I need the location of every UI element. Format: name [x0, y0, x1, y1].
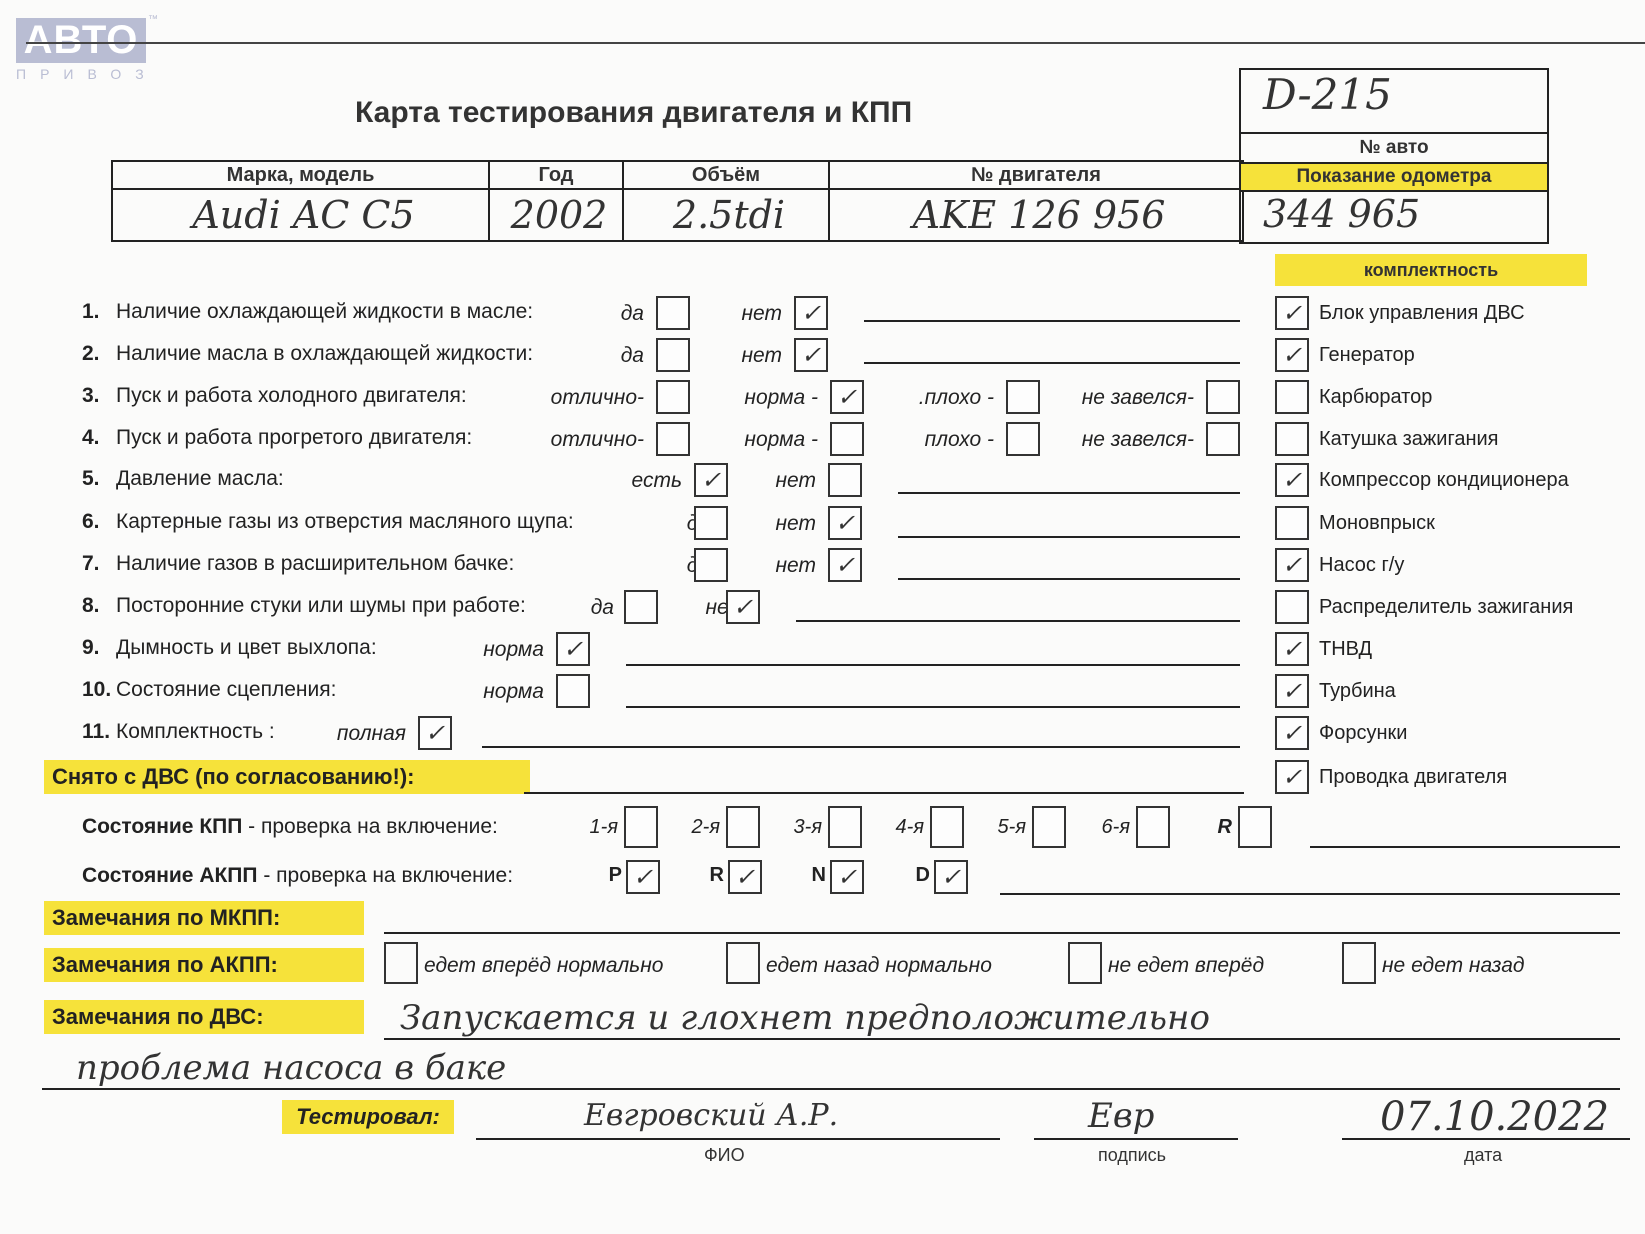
check-row: 1.Наличие охлаждающей жидкости в масле:д… [0, 296, 1260, 332]
mkpp-notes-label: Замечания по МКПП: [44, 901, 364, 935]
completeness-item-label: Насос г/у [1319, 554, 1404, 577]
check-option-checkbox[interactable] [1206, 422, 1240, 456]
completeness-item-label: Карбюратор [1319, 386, 1432, 409]
akpp-notes-checkbox[interactable] [1342, 942, 1376, 984]
completeness-checkbox[interactable] [1275, 506, 1309, 540]
akpp-mode-checkbox[interactable]: ✓ [934, 860, 968, 894]
test-date[interactable]: 07.10.2022 [1380, 1094, 1609, 1140]
avtoprivoz-logo: АВТО [16, 18, 146, 63]
header-year: Год [489, 161, 623, 189]
kpp-gear-label: 2-я [692, 816, 720, 839]
tester-signature[interactable]: Евр [1088, 1096, 1154, 1136]
akpp-mode-checkbox[interactable]: ✓ [830, 860, 864, 894]
check-option-checkbox[interactable]: ✓ [828, 548, 862, 582]
akpp-mode-label: R [710, 864, 724, 887]
check-option-checkbox[interactable] [656, 338, 690, 372]
kpp-gear-checkbox[interactable] [828, 806, 862, 848]
check-notes-line[interactable] [626, 706, 1240, 708]
kpp-gear-label: 3-я [794, 816, 822, 839]
tester-name[interactable]: Евгровский А.Р. [584, 1098, 838, 1133]
check-option-checkbox[interactable]: ✓ [556, 632, 590, 666]
check-number: 3. [82, 384, 100, 408]
completeness-checkbox[interactable]: ✓ [1275, 463, 1309, 497]
odometer-value[interactable]: 344 965 [1241, 192, 1547, 242]
kpp-gear-checkbox[interactable] [726, 806, 760, 848]
auto-number-value[interactable]: D-215 [1241, 70, 1547, 134]
completeness-item-label: Форсунки [1319, 722, 1407, 745]
check-option-label: норма - [744, 428, 818, 452]
check-row: 2.Наличие масла в охлаждающей жидкости:д… [0, 338, 1260, 374]
trademark-mark: ™ [148, 14, 158, 25]
check-notes-line[interactable] [796, 620, 1240, 622]
akpp-title: Состояние АКПП - проверка на включение: [82, 864, 513, 888]
completeness-checkbox[interactable]: ✓ [1275, 338, 1309, 372]
auto-number-label: № авто [1241, 134, 1547, 164]
check-text: Посторонние стуки или шумы при работе: [116, 594, 526, 618]
akpp-notes-checkbox[interactable] [726, 942, 760, 984]
completeness-checkbox[interactable] [1275, 422, 1309, 456]
check-option-label: нет [742, 344, 783, 368]
check-number: 7. [82, 552, 100, 576]
check-text: Давление масла: [116, 467, 284, 491]
completeness-item-label: Блок управления ДВС [1319, 302, 1525, 325]
check-option-checkbox[interactable]: ✓ [726, 590, 760, 624]
check-option-checkbox[interactable]: ✓ [828, 506, 862, 540]
check-option-label: есть [632, 469, 682, 493]
check-option-label: норма [483, 638, 544, 662]
check-notes-line[interactable] [898, 578, 1240, 580]
engine-number-value[interactable]: AKE 126 956 [829, 189, 1243, 241]
kpp-gear-label: 6-я [1102, 816, 1130, 839]
akpp-mode-label: N [812, 864, 826, 887]
check-option-checkbox[interactable]: ✓ [794, 338, 828, 372]
dvs-notes-label: Замечания по ДВС: [44, 1000, 364, 1034]
completeness-checkbox[interactable]: ✓ [1275, 296, 1309, 330]
check-option-label: нет [776, 469, 817, 493]
dvs-notes-line1[interactable]: Запускается и глохнет предположительно [400, 998, 1210, 1038]
check-notes-line[interactable] [626, 664, 1240, 666]
completeness-item-label: Турбина [1319, 680, 1396, 703]
check-notes-line[interactable] [898, 536, 1240, 538]
akpp-notes-line[interactable] [1000, 893, 1620, 895]
header-engine-number: № двигателя [829, 161, 1243, 189]
logo-subtitle: ПРИВОЗ [16, 66, 158, 82]
completeness-checkbox[interactable]: ✓ [1275, 548, 1309, 582]
completeness-item-label: ТНВД [1319, 638, 1372, 661]
kpp-gear-label: 1-я [590, 816, 618, 839]
dvs-notes-line2[interactable]: проблема насоса в баке [76, 1048, 506, 1088]
dvs-notes-underline-2 [42, 1088, 1620, 1090]
akpp-notes-label: Замечания по АКПП: [44, 948, 364, 982]
check-option-checkbox[interactable] [694, 548, 728, 582]
kpp-gear-label: R [1218, 816, 1232, 839]
check-number: 5. [82, 467, 100, 491]
kpp-gear-checkbox[interactable] [1136, 806, 1170, 848]
check-option-label: норма - [744, 386, 818, 410]
check-option-checkbox[interactable] [1206, 380, 1240, 414]
akpp-notes-checkbox[interactable] [1068, 942, 1102, 984]
check-option-checkbox[interactable]: ✓ [794, 296, 828, 330]
dvs-notes-underline-1 [384, 1038, 1620, 1040]
kpp-title: Состояние КПП - проверка на включение: [82, 815, 498, 839]
completeness-header: комплектность [1275, 254, 1587, 286]
check-option-checkbox[interactable] [828, 463, 862, 497]
tester-name-line [476, 1138, 1000, 1140]
tester-name-caption: ФИО [704, 1145, 745, 1166]
year-value[interactable]: 2002 [489, 189, 623, 241]
check-option-label: да [621, 302, 644, 326]
completeness-checkbox[interactable]: ✓ [1275, 632, 1309, 666]
check-row: 3.Пуск и работа холодного двигателя:отли… [0, 380, 1260, 416]
kpp-gear-checkbox[interactable] [1238, 806, 1272, 848]
check-option-label: .плохо - [919, 386, 994, 410]
kpp-notes-line[interactable] [1310, 846, 1620, 848]
completeness-item-label: Проводка двигателя [1319, 766, 1507, 789]
check-text: Наличие охлаждающей жидкости в масле: [116, 300, 533, 324]
completeness-checkbox[interactable]: ✓ [1275, 760, 1309, 794]
header-volume: Объём [623, 161, 829, 189]
check-row: 10.Состояние сцепления:норма [0, 674, 1260, 710]
header-make-model: Марка, модель [112, 161, 489, 189]
check-option-checkbox[interactable] [624, 590, 658, 624]
check-option-label: не завелся- [1082, 386, 1194, 410]
completeness-checkbox[interactable] [1275, 380, 1309, 414]
removed-line[interactable] [524, 792, 1244, 794]
signature-caption: подпись [1098, 1145, 1166, 1166]
check-option-label: не завелся- [1082, 428, 1194, 452]
akpp-notes-option-label: едет назад нормально [766, 954, 992, 978]
check-option-label: нет [742, 302, 783, 326]
check-option-checkbox[interactable]: ✓ [830, 380, 864, 414]
check-notes-line[interactable] [482, 746, 1240, 748]
completeness-item-label: Генератор [1319, 344, 1415, 367]
signature-line [1034, 1138, 1238, 1140]
check-notes-line[interactable] [898, 492, 1240, 494]
completeness-checkbox[interactable]: ✓ [1275, 674, 1309, 708]
removed-label: Снято с ДВС (по согласованию!): [44, 760, 530, 794]
akpp-mode-label: D [916, 864, 930, 887]
check-text: Дымность и цвет выхлопа: [116, 636, 377, 660]
check-text: Картерные газы из отверстия масляного щу… [116, 510, 574, 534]
check-option-checkbox[interactable] [656, 296, 690, 330]
check-option-checkbox[interactable]: ✓ [418, 716, 452, 750]
page-title: Карта тестирования двигателя и КПП [355, 96, 912, 130]
auto-number-box: D-215 № авто Показание одометра 344 965 [1239, 68, 1549, 244]
volume-value[interactable]: 2.5tdi [623, 189, 829, 241]
check-number: 6. [82, 510, 100, 534]
kpp-gear-label: 4-я [896, 816, 924, 839]
check-number: 2. [82, 342, 100, 366]
mkpp-notes-line[interactable] [384, 932, 1620, 934]
check-text: Пуск и работа прогретого двигателя: [116, 426, 472, 450]
check-option-checkbox[interactable] [656, 380, 690, 414]
akpp-mode-checkbox[interactable]: ✓ [626, 860, 660, 894]
check-option-checkbox[interactable] [1006, 380, 1040, 414]
check-notes-line[interactable] [864, 320, 1240, 322]
completeness-item-label: Катушка зажигания [1319, 428, 1499, 451]
check-number: 4. [82, 426, 100, 450]
check-option-checkbox[interactable]: ✓ [694, 463, 728, 497]
check-option-label: нет [776, 554, 817, 578]
completeness-item-label: Распределитель зажигания [1319, 596, 1573, 619]
check-option-checkbox[interactable] [656, 422, 690, 456]
top-divider [26, 42, 1645, 44]
check-number: 1. [82, 300, 100, 324]
kpp-gear-checkbox[interactable] [1032, 806, 1066, 848]
check-notes-line[interactable] [864, 362, 1240, 364]
completeness-checkbox[interactable] [1275, 590, 1309, 624]
check-number: 10. [82, 678, 111, 702]
check-text: Пуск и работа холодного двигателя: [116, 384, 467, 408]
check-option-checkbox[interactable] [694, 506, 728, 540]
check-option-label: да [621, 344, 644, 368]
check-number: 8. [82, 594, 100, 618]
date-caption: дата [1464, 1145, 1502, 1166]
check-option-label: отлично- [551, 428, 644, 452]
check-option-label: плохо - [925, 428, 994, 452]
akpp-notes-option-label: не едет вперёд [1108, 954, 1264, 978]
check-option-label: норма [483, 680, 544, 704]
akpp-notes-checkbox[interactable] [384, 942, 418, 984]
date-line [1342, 1138, 1630, 1140]
tester-label: Тестировал: [282, 1100, 454, 1134]
check-option-label: полная [337, 722, 406, 746]
check-option-checkbox[interactable] [830, 422, 864, 456]
check-row: 4.Пуск и работа прогретого двигателя:отл… [0, 422, 1260, 458]
check-option-checkbox[interactable] [556, 674, 590, 708]
completeness-checkbox[interactable]: ✓ [1275, 716, 1309, 750]
kpp-gear-checkbox[interactable] [624, 806, 658, 848]
check-option-label: отлично- [551, 386, 644, 410]
akpp-notes-option-label: не едет назад [1382, 954, 1524, 978]
check-option-label: нет [776, 512, 817, 536]
check-text: Наличие газов в расширительном бачке: [116, 552, 514, 576]
akpp-mode-label: P [609, 864, 622, 887]
check-option-checkbox[interactable] [1006, 422, 1040, 456]
kpp-gear-checkbox[interactable] [930, 806, 964, 848]
completeness-item-label: Компрессор кондиционера [1319, 469, 1569, 492]
completeness-item-label: Моновпрыск [1319, 512, 1435, 535]
make-model-value[interactable]: Audi AC C5 [112, 189, 489, 241]
check-row: 9.Дымность и цвет выхлопа:норма✓ [0, 632, 1260, 668]
vehicle-info-table: Марка, модель Год Объём № двигателя Audi… [111, 160, 1244, 242]
check-option-label: да [591, 596, 614, 620]
check-text: Комплектность : [116, 720, 275, 744]
kpp-gear-label: 5-я [998, 816, 1026, 839]
akpp-mode-checkbox[interactable]: ✓ [728, 860, 762, 894]
check-text: Состояние сцепления: [116, 678, 336, 702]
check-number: 11. [82, 720, 110, 744]
akpp-notes-option-label: едет вперёд нормально [424, 954, 663, 978]
odometer-label: Показание одометра [1241, 164, 1547, 192]
check-number: 9. [82, 636, 100, 660]
check-text: Наличие масла в охлаждающей жидкости: [116, 342, 533, 366]
